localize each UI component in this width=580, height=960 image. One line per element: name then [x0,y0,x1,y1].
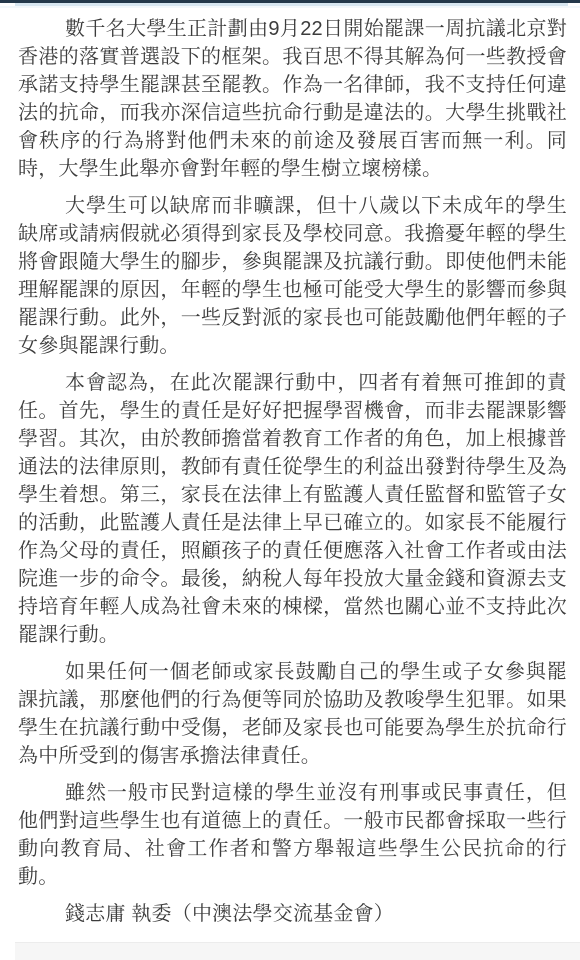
paragraph-4: 如果任何一個老師或家長鼓勵自己的學生或子女參與罷課抗議，那麼他們的行為便等同於協… [18,658,567,770]
paragraph-3: 本會認為，在此次罷課行動中，四者有着無可推卸的責任。首先，學生的責任是好好把握學… [18,369,567,649]
paragraph-2: 大學生可以缺席而非曠課，但十八歲以下未成年的學生缺席或請病假就必須得到家長及學校… [18,192,567,360]
signature-line: 錢志庸 執委（中澳法學交流基金會） [18,900,567,928]
footer-strip [15,942,580,960]
article-body: 數千名大學生正計劃由9月22日開始罷課一周抗議北京對香港的落實普選設下的框架。我… [18,15,567,928]
paragraph-1: 數千名大學生正計劃由9月22日開始罷課一周抗議北京對香港的落實普選設下的框架。我… [18,15,567,183]
paragraph-5: 雖然一般市民對這樣的學生並沒有刑事或民事責任，但他們對這些學生也有道德上的責任。… [18,779,567,891]
top-bar-fade [0,6,580,8]
